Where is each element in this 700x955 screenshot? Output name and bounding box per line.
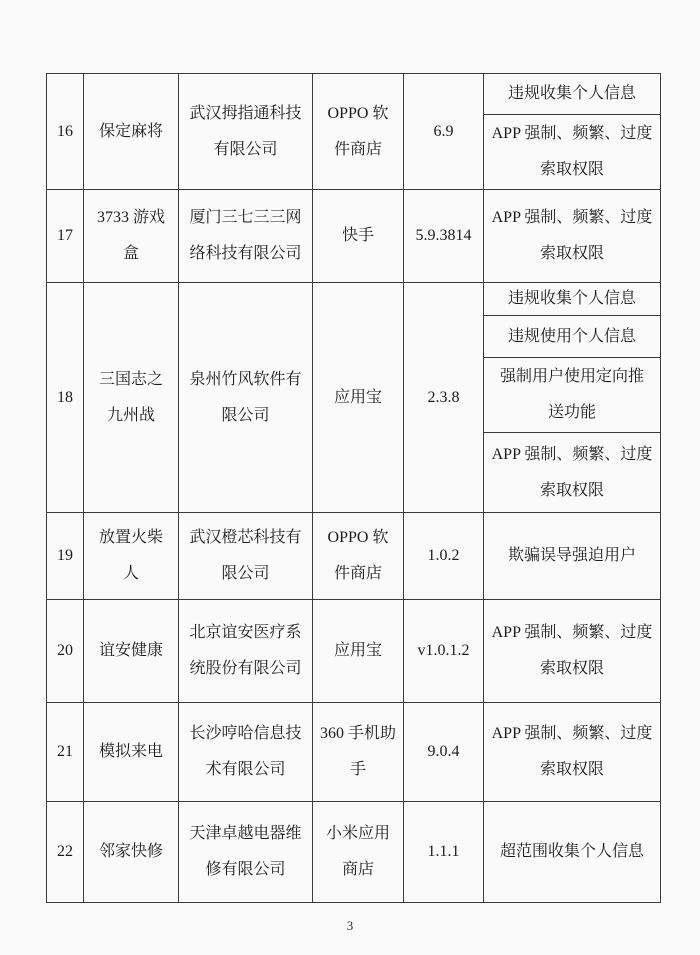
table-row: 16 保定麻将 武汉拇指通科技 有限公司 OPPO 软 件商店 6.9 违规收集… xyxy=(47,74,660,190)
table-row: 19 放置火柴 人 武汉橙芯科技有 限公司 OPPO 软 件商店 1.0.2 欺… xyxy=(47,513,660,600)
cell-app-name: 放置火柴 人 xyxy=(84,513,179,599)
cell-store: 360 手机助 手 xyxy=(313,703,404,801)
cell-version: v1.0.1.2 xyxy=(404,600,484,702)
cell-app-name: 邻家快修 xyxy=(84,802,179,902)
cell-company: 武汉橙芯科技有 限公司 xyxy=(179,513,313,599)
cell-violations: 欺骗误导强迫用户 xyxy=(484,513,660,599)
violation-item: 欺骗误导强迫用户 xyxy=(484,513,660,599)
cell-version: 9.0.4 xyxy=(404,703,484,801)
cell-app-name: 三国志之 九州战 xyxy=(84,283,179,512)
table-row: 17 3733 游戏 盒 厦门三七三三网 络科技有限公司 快手 5.9.3814… xyxy=(47,190,660,283)
table-row: 21 模拟来电 长沙哼哈信息技 术有限公司 360 手机助 手 9.0.4 AP… xyxy=(47,703,660,802)
cell-row-number: 22 xyxy=(47,802,84,902)
violation-item: APP 强制、频繁、过度 索取权限 xyxy=(484,703,660,801)
cell-company: 武汉拇指通科技 有限公司 xyxy=(179,74,313,189)
violation-item: APP 强制、频繁、过度 索取权限 xyxy=(484,433,660,512)
cell-violations: 超范围收集个人信息 xyxy=(484,802,660,902)
violation-item: APP 强制、频繁、过度 索取权限 xyxy=(484,190,660,282)
violation-item: 超范围收集个人信息 xyxy=(484,802,660,902)
table-row: 20 谊安健康 北京谊安医疗系 统股份有限公司 应用宝 v1.0.1.2 APP… xyxy=(47,600,660,703)
cell-violations: APP 强制、频繁、过度 索取权限 xyxy=(484,190,660,282)
cell-violations: APP 强制、频繁、过度 索取权限 xyxy=(484,600,660,702)
cell-row-number: 17 xyxy=(47,190,84,282)
table-row: 22 邻家快修 天津卓越电器维 修有限公司 小米应用 商店 1.1.1 超范围收… xyxy=(47,802,660,902)
cell-version: 1.0.2 xyxy=(404,513,484,599)
cell-violations: 违规收集个人信息 APP 强制、频繁、过度 索取权限 xyxy=(484,74,660,189)
cell-company: 北京谊安医疗系 统股份有限公司 xyxy=(179,600,313,702)
cell-row-number: 16 xyxy=(47,74,84,189)
cell-app-name: 保定麻将 xyxy=(84,74,179,189)
cell-app-name: 谊安健康 xyxy=(84,600,179,702)
cell-version: 2.3.8 xyxy=(404,283,484,512)
violations-table: 16 保定麻将 武汉拇指通科技 有限公司 OPPO 软 件商店 6.9 违规收集… xyxy=(46,73,661,903)
violation-item: 违规收集个人信息 xyxy=(484,74,660,115)
cell-company: 长沙哼哈信息技 术有限公司 xyxy=(179,703,313,801)
cell-store: OPPO 软 件商店 xyxy=(313,74,404,189)
cell-violations: 违规收集个人信息 违规使用个人信息 强制用户使用定向推 送功能 APP 强制、频… xyxy=(484,283,660,512)
cell-store: 应用宝 xyxy=(313,283,404,512)
page-number: 3 xyxy=(0,918,700,934)
violation-item: APP 强制、频繁、过度 索取权限 xyxy=(484,115,660,189)
cell-version: 6.9 xyxy=(404,74,484,189)
cell-version: 5.9.3814 xyxy=(404,190,484,282)
violation-item: 违规使用个人信息 xyxy=(484,316,660,357)
cell-app-name: 3733 游戏 盒 xyxy=(84,190,179,282)
cell-company: 泉州竹风软件有 限公司 xyxy=(179,283,313,512)
cell-store: OPPO 软 件商店 xyxy=(313,513,404,599)
cell-store: 快手 xyxy=(313,190,404,282)
cell-company: 厦门三七三三网 络科技有限公司 xyxy=(179,190,313,282)
table-row: 18 三国志之 九州战 泉州竹风软件有 限公司 应用宝 2.3.8 违规收集个人… xyxy=(47,283,660,513)
cell-row-number: 18 xyxy=(47,283,84,512)
violation-item: 违规收集个人信息 xyxy=(484,283,660,316)
violation-item: APP 强制、频繁、过度 索取权限 xyxy=(484,600,660,702)
cell-company: 天津卓越电器维 修有限公司 xyxy=(179,802,313,902)
cell-version: 1.1.1 xyxy=(404,802,484,902)
cell-app-name: 模拟来电 xyxy=(84,703,179,801)
cell-row-number: 19 xyxy=(47,513,84,599)
cell-store: 小米应用 商店 xyxy=(313,802,404,902)
cell-row-number: 20 xyxy=(47,600,84,702)
cell-row-number: 21 xyxy=(47,703,84,801)
document-page: { "page": { "page_number": "3", "colors"… xyxy=(0,0,700,955)
violation-item: 强制用户使用定向推 送功能 xyxy=(484,358,660,434)
cell-violations: APP 强制、频繁、过度 索取权限 xyxy=(484,703,660,801)
cell-store: 应用宝 xyxy=(313,600,404,702)
